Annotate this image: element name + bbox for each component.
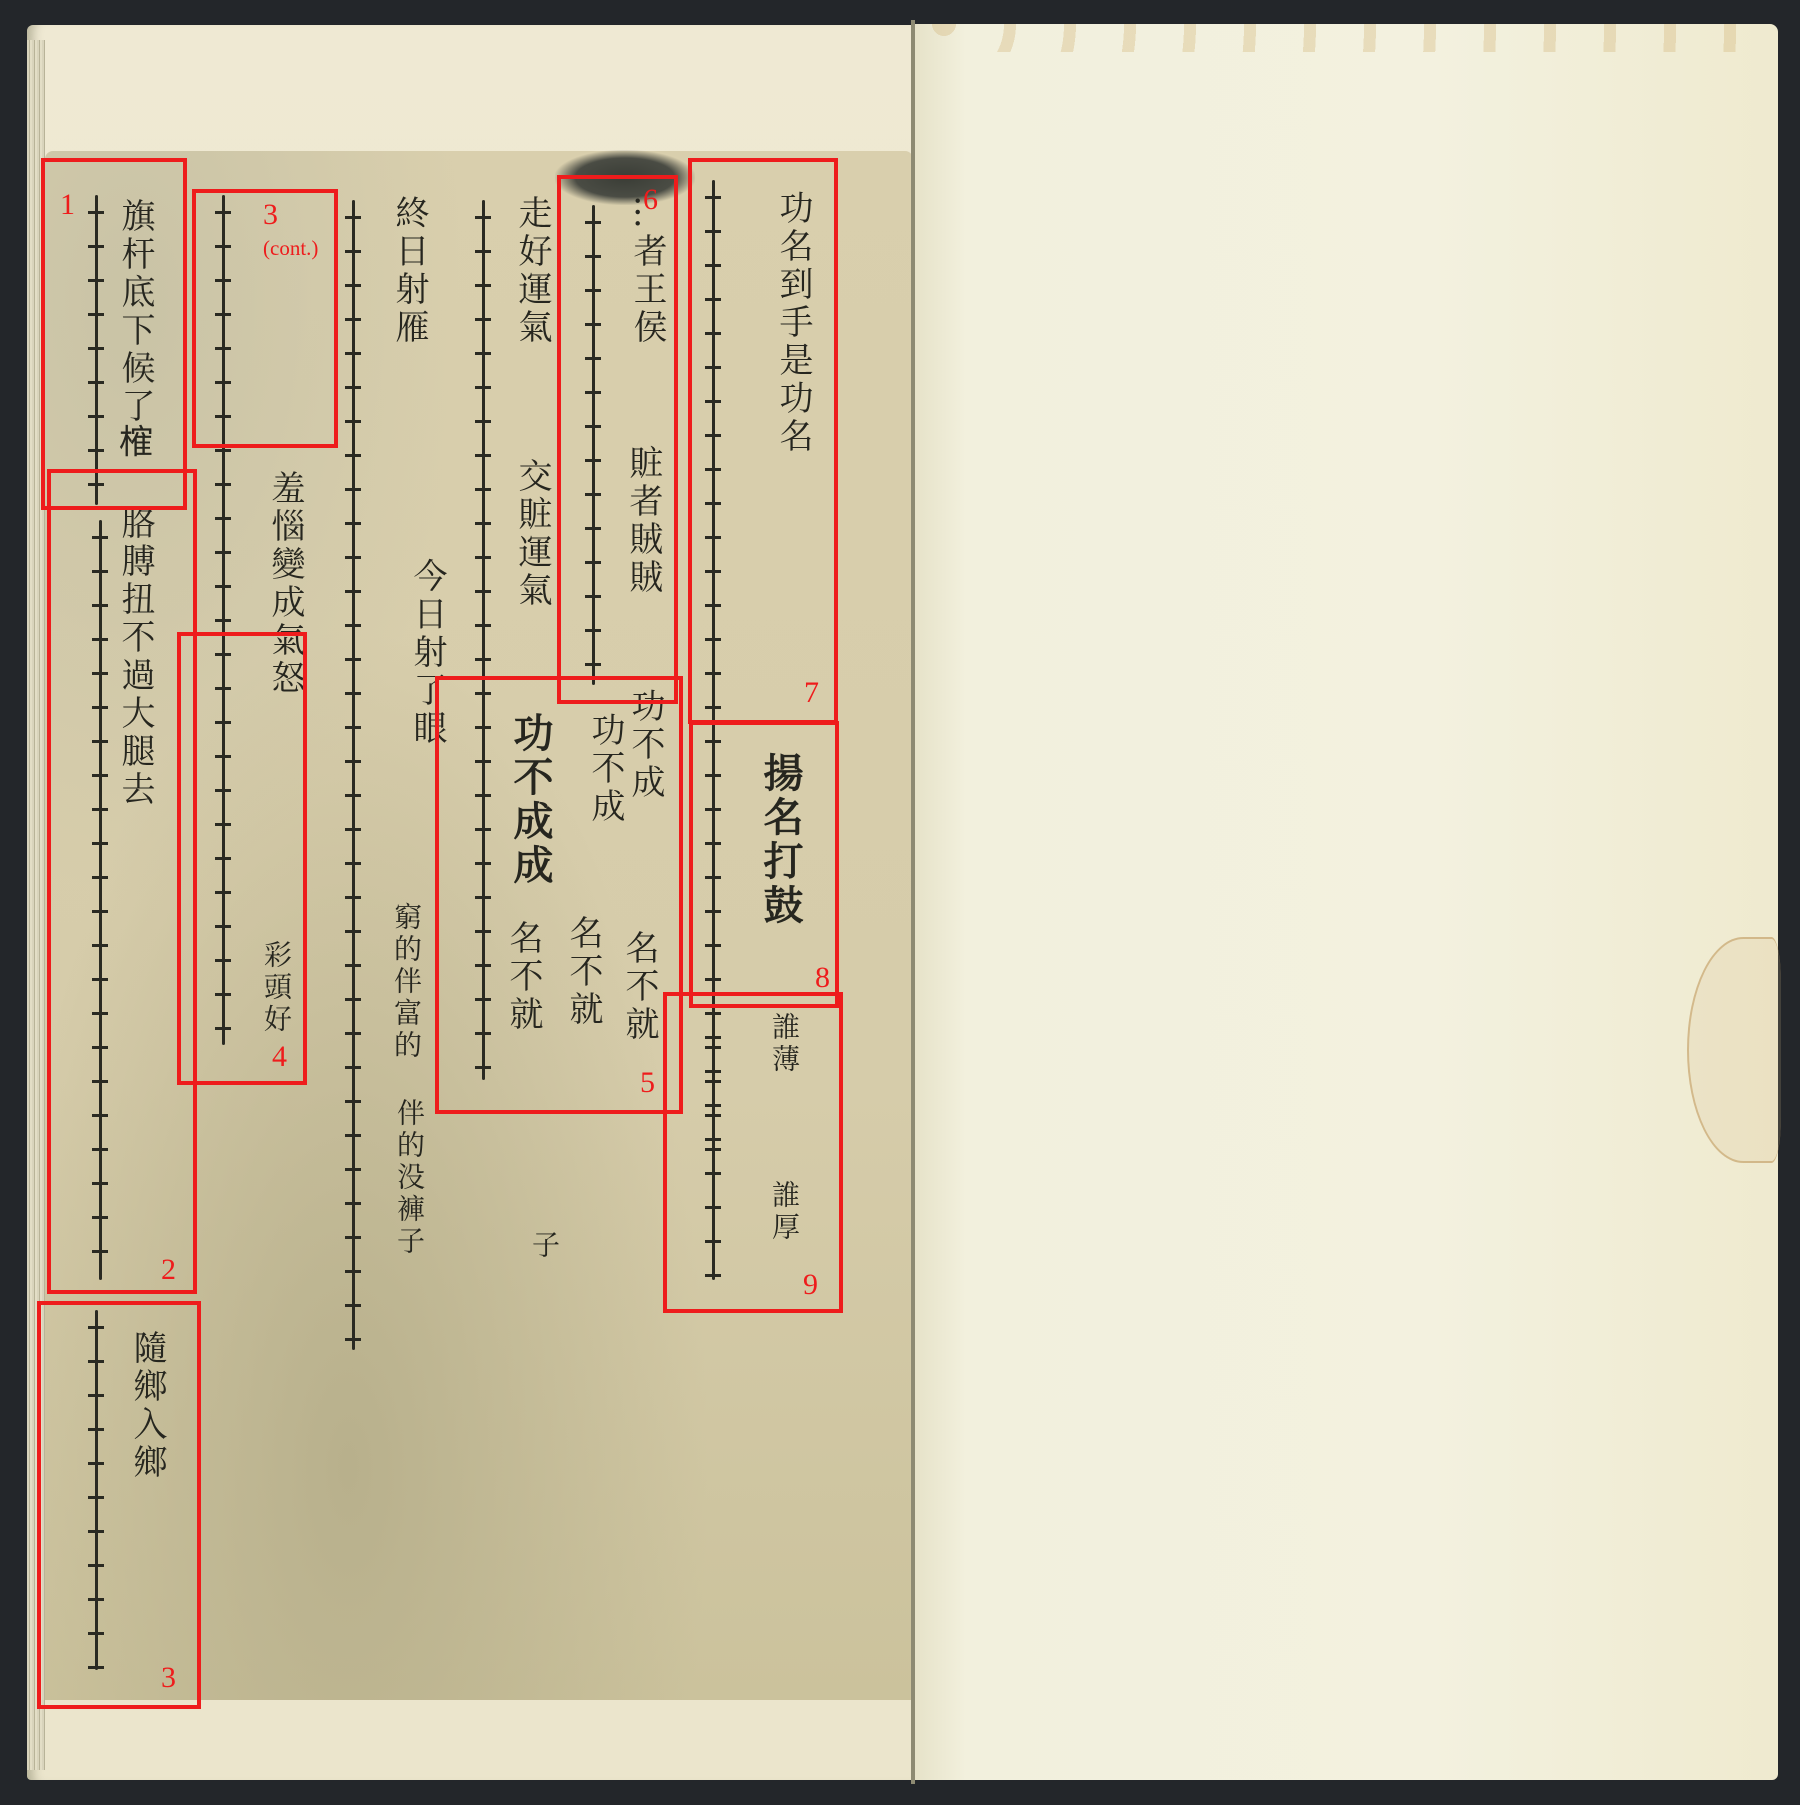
gloss-poor: 窮的伴富的 [392, 902, 420, 1062]
annotation-label-4: 4 [272, 1042, 287, 1072]
manchu-column [345, 200, 361, 1350]
annotation-label-3: 3 [161, 1663, 176, 1693]
annotation-sublabel-3-cont: (cont.) [263, 238, 318, 259]
gloss-fortune: 走好運氣 [515, 195, 549, 347]
gloss-stolen: 交賍運氣 [515, 458, 549, 610]
annotation-label-6: 6 [643, 185, 658, 215]
annotation-label-8: 8 [815, 963, 830, 993]
book-spine [911, 20, 915, 1784]
annotation-label-9: 9 [803, 1270, 818, 1300]
annotation-box-9 [663, 992, 843, 1313]
annotation-box-5 [435, 676, 683, 1114]
right-page-blank [914, 24, 1778, 1780]
annotation-box-3 [37, 1301, 201, 1709]
gloss-zi: 子 [530, 1230, 558, 1262]
annotation-label-3-cont: 3 [263, 200, 278, 230]
gloss-goose: 終日射雁 [392, 195, 426, 347]
top-edge-stains [914, 24, 1778, 52]
annotation-box-4 [177, 632, 307, 1085]
annotation-label-7: 7 [804, 678, 819, 708]
annotation-box-7 [688, 158, 838, 724]
annotation-label-5: 5 [640, 1068, 655, 1098]
gloss-pants: 伴的没褲子 [395, 1098, 423, 1258]
annotation-label-2: 2 [161, 1255, 176, 1285]
annotation-box-2 [47, 469, 197, 1294]
annotation-box-6 [557, 175, 678, 704]
annotation-label-1: 1 [60, 190, 75, 220]
